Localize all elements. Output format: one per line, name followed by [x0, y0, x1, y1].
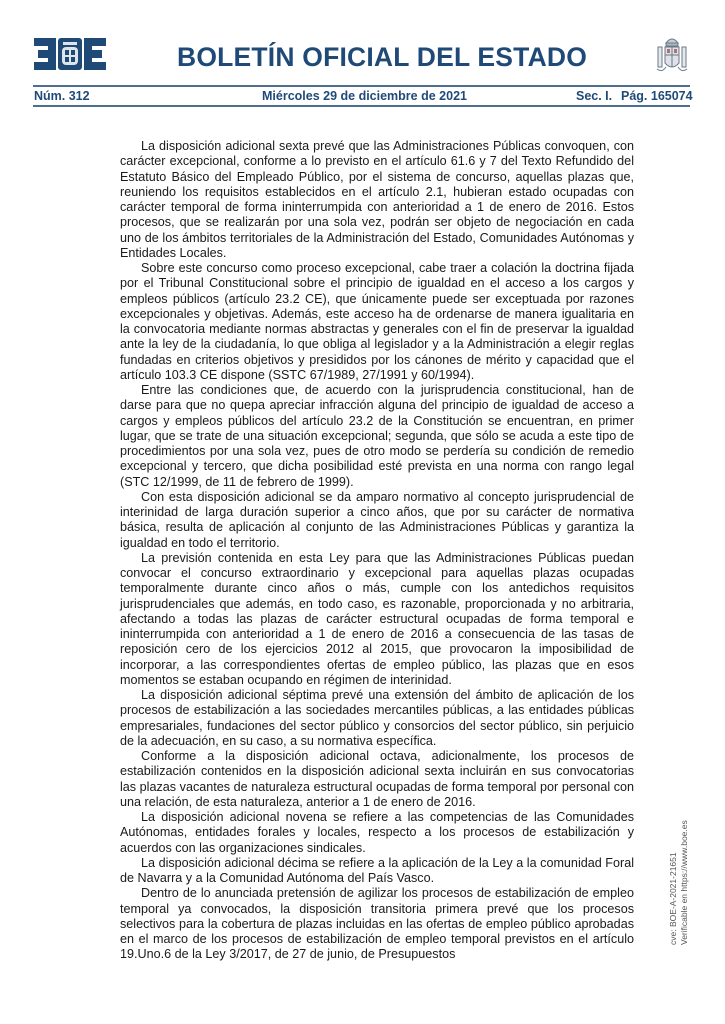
document-body: La disposición adicional sexta prevé que… — [120, 139, 634, 963]
paragraph: Conforme a la disposición adicional octa… — [120, 749, 634, 810]
verification-link[interactable]: Verificable en https://www.boe.es — [679, 820, 690, 945]
issue-number: Núm. 312 — [34, 89, 90, 103]
issue-date: Miércoles 29 de diciembre de 2021 — [262, 89, 467, 103]
paragraph: La disposición adicional sexta prevé que… — [120, 139, 634, 261]
boe-logo-icon — [34, 38, 106, 70]
paragraph: La disposición adicional novena se refie… — [120, 810, 634, 856]
verification-sidebar: cve: BOE-A-2021-21651 Verificable en htt… — [668, 820, 689, 945]
paragraph: Dentro de lo anunciada pretensión de agi… — [120, 886, 634, 962]
spain-coat-of-arms-icon — [654, 33, 690, 77]
cve-code: cve: BOE-A-2021-21651 — [668, 820, 679, 945]
paragraph: La disposición adicional décima se refie… — [120, 856, 634, 887]
page-title: BOLETÍN OFICIAL DEL ESTADO — [177, 42, 587, 73]
paragraph: Sobre este concurso como proceso excepci… — [120, 261, 634, 383]
header-bottom-rule — [33, 105, 690, 107]
page-number: Pág. 165074 — [621, 89, 693, 103]
header-top-rule — [33, 85, 690, 87]
paragraph: Con esta disposición adicional se da amp… — [120, 490, 634, 551]
paragraph: Entre las condiciones que, de acuerdo co… — [120, 383, 634, 490]
section-label: Sec. I. — [576, 89, 612, 103]
paragraph: La disposición adicional séptima prevé u… — [120, 688, 634, 749]
paragraph: La previsión contenida en esta Ley para … — [120, 551, 634, 688]
